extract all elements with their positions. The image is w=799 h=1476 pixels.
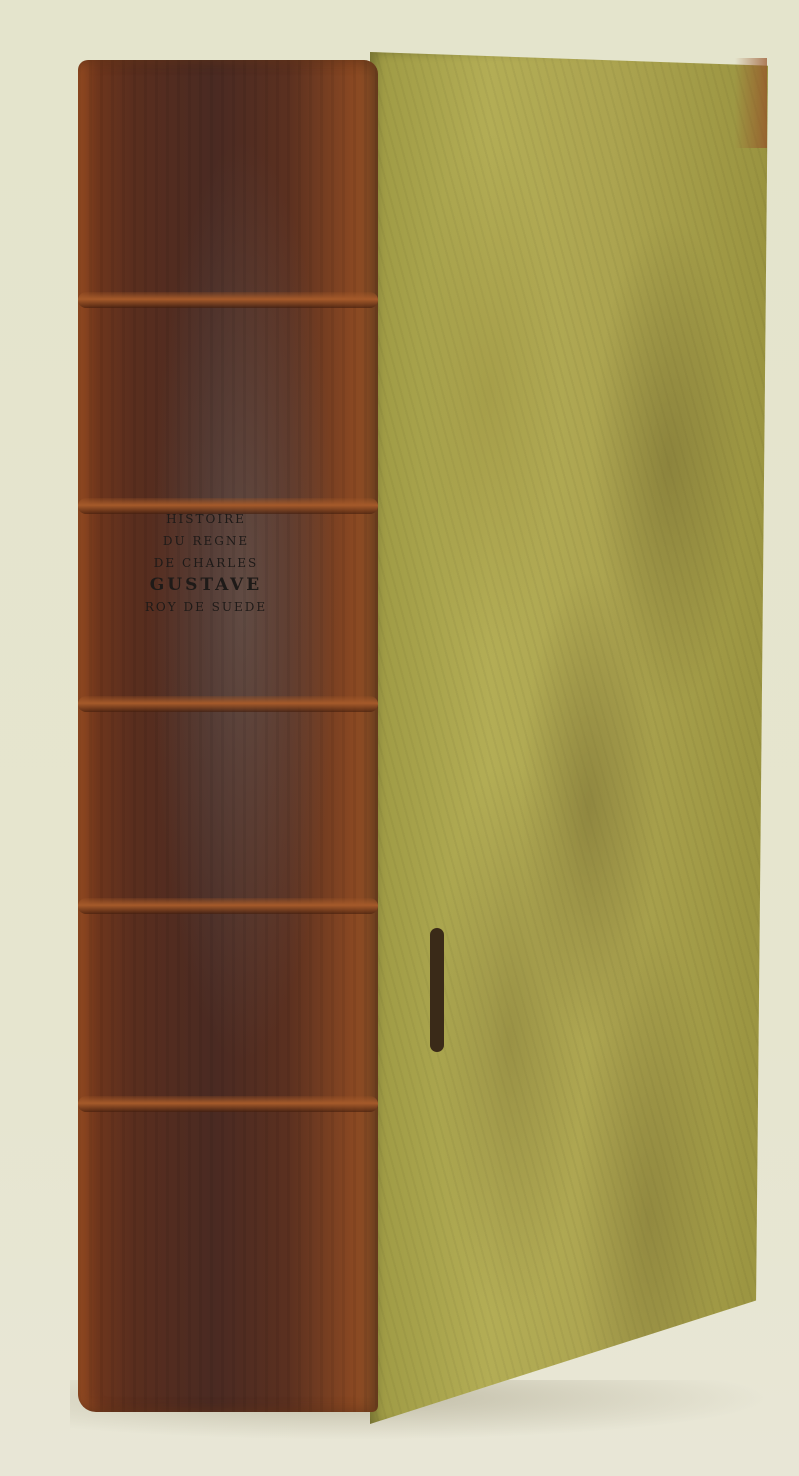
spine-title-line: Histoire (126, 508, 286, 530)
spine-raised-band (78, 898, 378, 914)
spine-raised-band (78, 1096, 378, 1112)
ink-stain (430, 928, 444, 1052)
book: Histoire du Regne de Charles Gustave Roy… (0, 0, 799, 1476)
spine-title-line: Gustave (126, 574, 286, 596)
leather-spine: Histoire du Regne de Charles Gustave Roy… (78, 60, 378, 1412)
spine-title-line: de Charles (126, 552, 286, 574)
spine-title-line: du Regne (126, 530, 286, 552)
spine-raised-band (78, 292, 378, 308)
spine-raised-band (78, 696, 378, 712)
spine-title-line: Roy de Suede (126, 596, 286, 618)
marbled-front-cover (370, 52, 768, 1424)
spine-title-label: Histoire du Regne de Charles Gustave Roy… (126, 508, 286, 698)
worn-cover-corner (735, 58, 767, 148)
